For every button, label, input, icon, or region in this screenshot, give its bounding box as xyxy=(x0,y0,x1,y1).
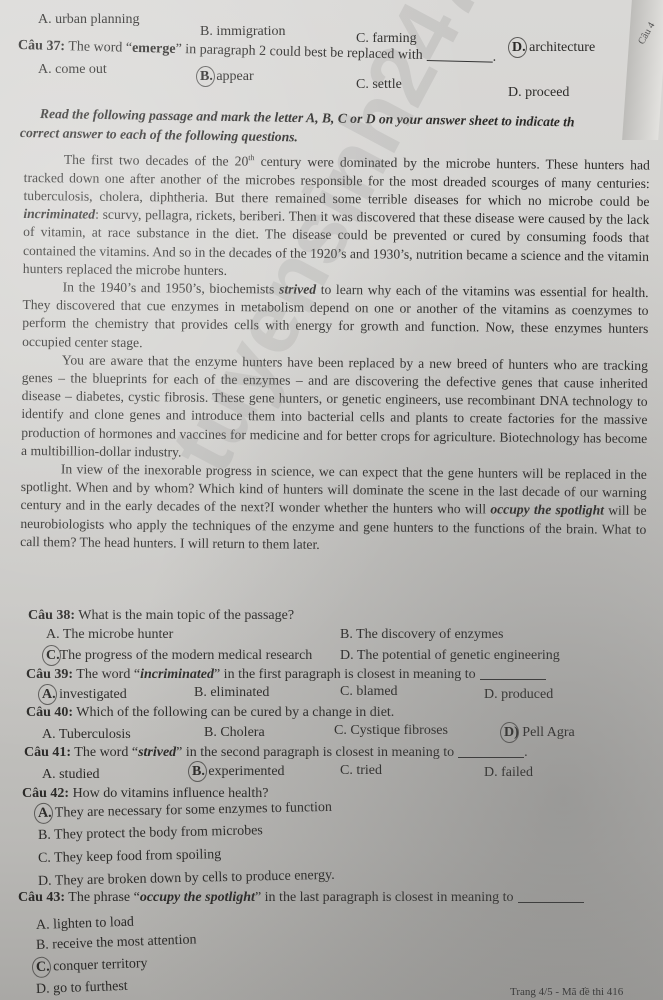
question-43: Câu 43: The phrase “occupy the spotlight… xyxy=(18,890,584,906)
exam-page: Câu 4 A. urban planning B. immigration C… xyxy=(0,0,663,1000)
question-39: Câu 39: The word “incriminated” in the f… xyxy=(26,667,546,683)
circled-answer-mark: B. xyxy=(200,69,213,84)
q38-option-d: D. The potential of genetic engineering xyxy=(340,648,560,664)
page-footer: Trang 4/5 - Mã đề thi 416 xyxy=(510,986,623,998)
q41-option-a: A. studied xyxy=(42,767,100,783)
question-label: Câu 40: xyxy=(26,705,73,720)
answer-blank xyxy=(480,679,546,680)
keyword-incriminated: incriminated xyxy=(23,206,95,222)
q43-option-d: D. go to furthest xyxy=(36,979,128,998)
q42-option-d: D. They are broken down by cells to prod… xyxy=(38,868,335,890)
reading-passage: The first two decades of the 20th centur… xyxy=(20,147,650,557)
instructions-line-2: correct answer to each of the following … xyxy=(20,125,298,145)
q36-option-b: B. immigration xyxy=(200,24,286,40)
circled-answer-mark: D. xyxy=(512,40,526,55)
question-label: Câu 41: xyxy=(24,745,71,760)
q41-option-c: C. tried xyxy=(340,763,382,779)
q41-option-d: D. failed xyxy=(484,765,533,781)
q39-option-d: D. produced xyxy=(484,687,553,703)
question-label: Câu 43: xyxy=(18,890,65,905)
question-label: Câu 37: xyxy=(18,38,65,54)
q36-option-c: C. farming xyxy=(356,31,417,47)
question-41: Câu 41: The word “strived” in the second… xyxy=(24,745,528,761)
q40-option-b: B. Cholera xyxy=(204,725,265,741)
q37-option-d: D. proceed xyxy=(508,85,569,101)
q38-option-a: A. The microbe hunter xyxy=(46,627,173,643)
q39-option-a: A. investigated xyxy=(42,687,127,703)
q36-option-a: A. urban planning xyxy=(38,12,139,28)
answer-blank xyxy=(427,60,493,63)
keyword: occupy the spotlight xyxy=(140,890,255,905)
q38-option-b: B. The discovery of enzymes xyxy=(340,627,503,643)
circled-answer-mark: D) xyxy=(504,725,519,740)
paragraph-2: In the 1940’s and 1950’s, biochemists st… xyxy=(22,278,649,357)
keyword: incriminated xyxy=(140,667,214,682)
q36-option-d: D. architecture xyxy=(512,40,595,56)
q40-option-a: A. Tuberculosis xyxy=(42,727,131,743)
q40-option-d: D) Pell Agra xyxy=(504,725,575,741)
question-38: Câu 38: What is the main topic of the pa… xyxy=(28,608,294,624)
keyword: emerge xyxy=(132,41,176,57)
q37-option-c: C. settle xyxy=(356,77,402,93)
question-40: Câu 40: Which of the following can be cu… xyxy=(26,705,394,721)
q43-option-b: B. receive the most attention xyxy=(36,932,197,954)
answer-blank xyxy=(518,902,584,903)
q38-option-c: C.The progress of the modern medical res… xyxy=(46,648,312,664)
paragraph-4: In view of the inexorable progress in sc… xyxy=(20,460,647,557)
circled-answer-mark: C. xyxy=(46,648,60,663)
question-label: Câu 42: xyxy=(22,786,69,801)
paragraph-1: The first two decades of the 20th centur… xyxy=(23,147,650,284)
keyword-occupy-the-spotlight: occupy the spotlight xyxy=(490,502,604,518)
circled-answer-mark: A. xyxy=(38,806,52,821)
q42-option-a: A. They are necessary for some enzymes t… xyxy=(38,800,332,822)
circled-answer-mark: C. xyxy=(36,960,50,975)
paragraph-3: You are aware that the enzyme hunters ha… xyxy=(21,351,648,466)
keyword-strived: strived xyxy=(279,281,316,296)
q43-option-a: A. lighten to load xyxy=(36,915,134,934)
q42-option-c: C. They keep food from spoiling xyxy=(38,847,222,867)
question-label: Câu 39: xyxy=(26,667,73,682)
question-label: Câu 38: xyxy=(28,608,75,623)
q41-option-b: B. experimented xyxy=(192,764,285,780)
q37-option-b: B. appear xyxy=(200,69,254,85)
q37-option-a: A. come out xyxy=(38,62,107,78)
answer-blank xyxy=(458,757,524,758)
q42-option-b: B. They protect the body from microbes xyxy=(38,823,263,844)
question-42: Câu 42: How do vitamins influence health… xyxy=(22,786,269,802)
next-page-edge xyxy=(622,0,663,140)
keyword: strived xyxy=(138,745,176,760)
q43-option-c: C. conquer territory xyxy=(36,956,148,976)
q39-option-b: B. eliminated xyxy=(194,685,269,701)
circled-answer-mark: A. xyxy=(42,687,56,702)
circled-answer-mark: B. xyxy=(192,764,205,779)
q40-option-c: C. Cystique fibroses xyxy=(334,723,448,739)
q39-option-c: C. blamed xyxy=(340,684,398,700)
